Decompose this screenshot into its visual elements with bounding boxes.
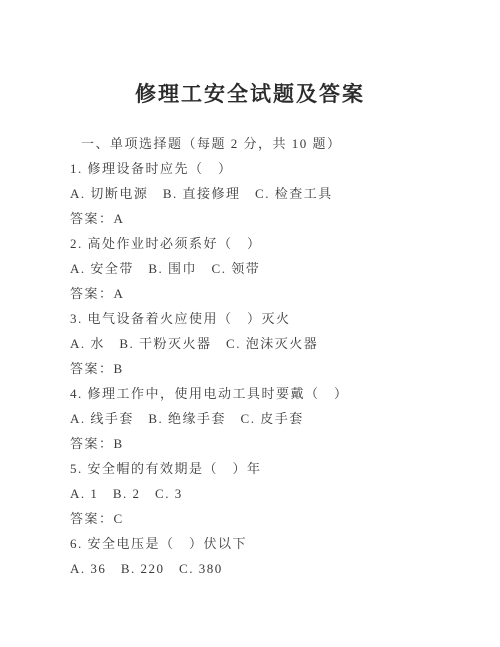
- question-text: 6. 安全电压是（ ）伏以下: [70, 531, 460, 556]
- question-options: A. 线手套 B. 绝缘手套 C. 皮手套: [70, 406, 460, 431]
- question-text: 1. 修理设备时应先（ ）: [70, 156, 460, 181]
- question-answer: 答案：A: [70, 281, 460, 306]
- question-text: 4. 修理工作中，使用电动工具时要戴（ ）: [70, 381, 460, 406]
- question-text: 2. 高处作业时必须系好（ ）: [70, 231, 460, 256]
- question-options: A. 1 B. 2 C. 3: [70, 481, 460, 506]
- question-text: 5. 安全帽的有效期是（ ）年: [70, 456, 460, 481]
- question-text: 3. 电气设备着火应使用（ ）灭火: [70, 306, 460, 331]
- question-options: A. 切断电源 B. 直接修理 C. 检查工具: [70, 181, 460, 206]
- document-page: 修理工安全试题及答案 一、单项选择题（每题 2 分，共 10 题） 1. 修理设…: [0, 0, 500, 647]
- question-options: A. 36 B. 220 C. 380: [70, 556, 460, 581]
- document-title: 修理工安全试题及答案: [0, 0, 500, 106]
- section-header: 一、单项选择题（每题 2 分，共 10 题）: [70, 131, 460, 156]
- question-answer: 答案：A: [70, 206, 460, 231]
- question-answer: 答案：C: [70, 506, 460, 531]
- question-options: A. 水 B. 干粉灭火器 C. 泡沫灭火器: [70, 331, 460, 356]
- question-answer: 答案：B: [70, 356, 460, 381]
- question-options: A. 安全带 B. 围巾 C. 领带: [70, 256, 460, 281]
- document-body: 一、单项选择题（每题 2 分，共 10 题） 1. 修理设备时应先（ ） A. …: [70, 131, 460, 581]
- question-answer: 答案：B: [70, 431, 460, 456]
